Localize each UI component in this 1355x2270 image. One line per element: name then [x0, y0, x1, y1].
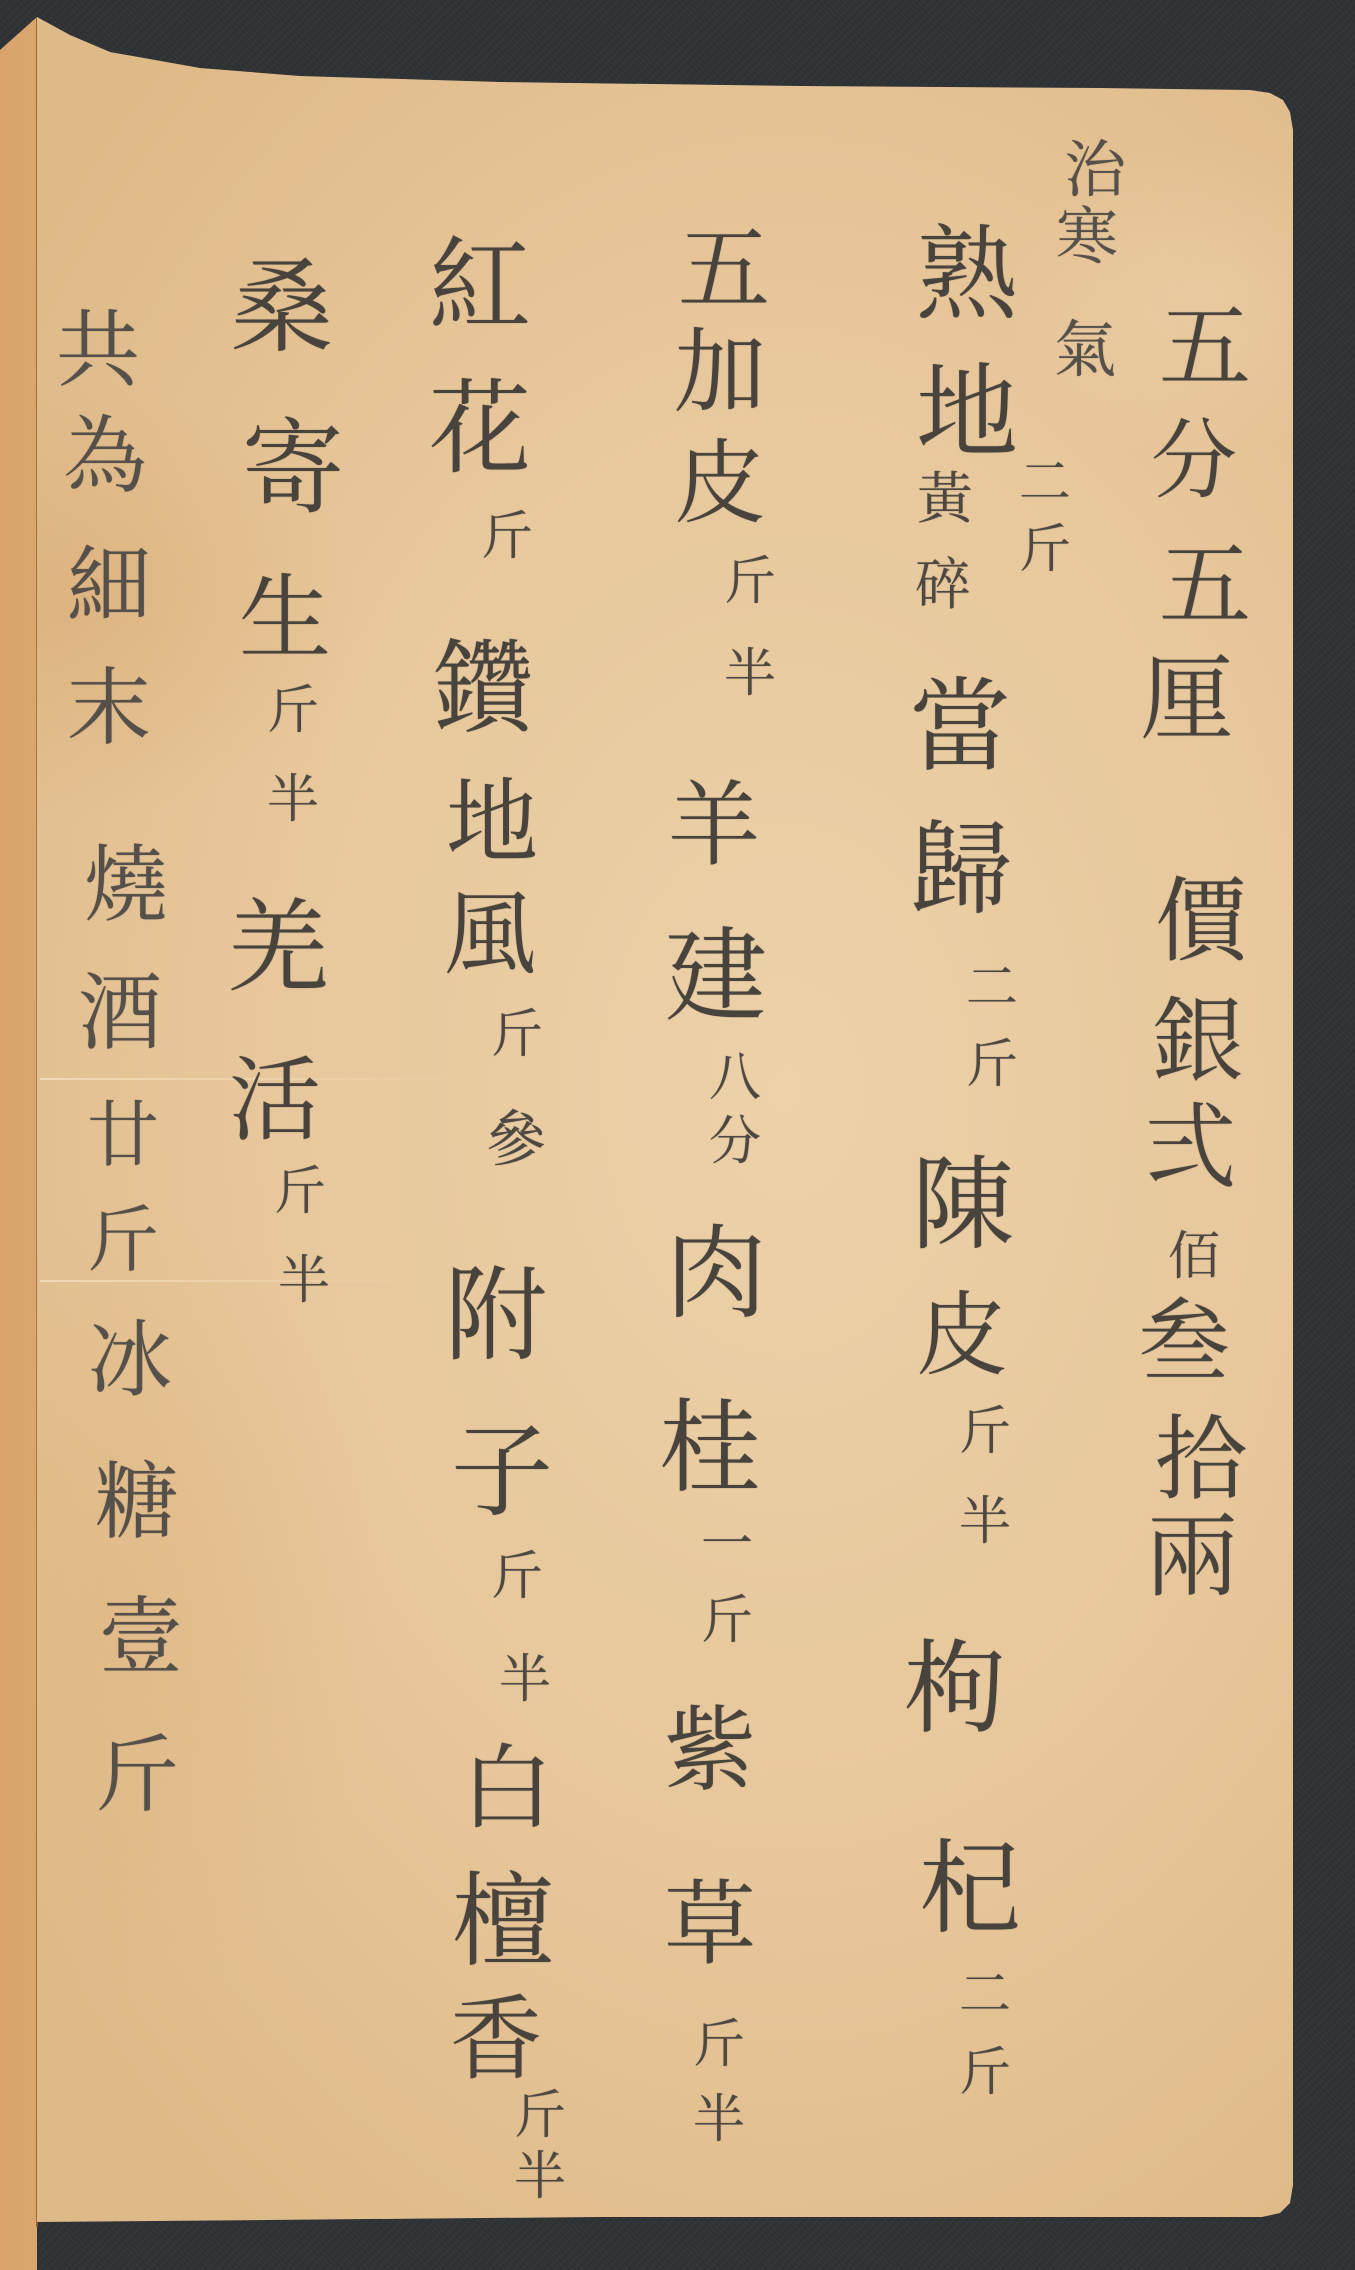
liquor-qty-char: 廿 — [87, 1099, 159, 1171]
sugar-qty-char: 斤 — [95, 1733, 179, 1817]
method-char: 為 — [63, 414, 147, 498]
liquor-char: 燒 — [84, 843, 168, 927]
liquor-qty-char: 斤 — [87, 1204, 159, 1276]
scan-background: 治 寒 氣 五 分 五 厘 價 銀 弍 佰 叁 拾 兩 熟 地 二 斤 黃 碎 … — [0, 0, 1355, 2270]
column-6-instructions: 共 為 細 末 燒 酒 廿 斤 冰 糖 壹 斤 — [0, 0, 1355, 2270]
liquor-char: 酒 — [78, 971, 162, 1055]
method-char: 共 — [56, 308, 140, 392]
sugar-qty-char: 壹 — [99, 1595, 183, 1679]
method-char: 細 — [67, 544, 151, 628]
sugar-char: 糖 — [95, 1460, 179, 1544]
sugar-char: 冰 — [88, 1318, 172, 1402]
method-char: 末 — [67, 666, 151, 750]
document-page: 治 寒 氣 五 分 五 厘 價 銀 弍 佰 叁 拾 兩 熟 地 二 斤 黃 碎 … — [0, 0, 1355, 2270]
